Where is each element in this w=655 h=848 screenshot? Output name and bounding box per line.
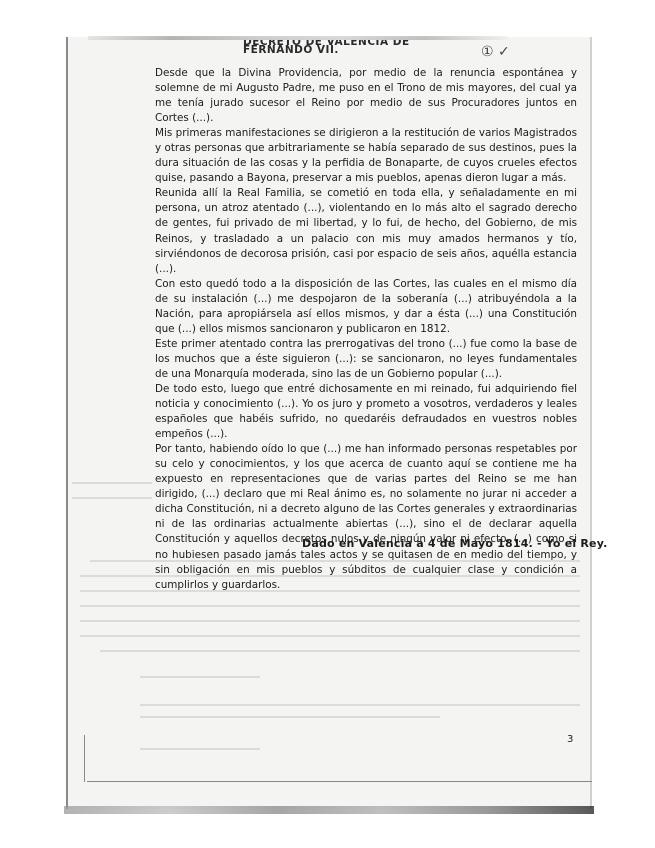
paragraph: Mis primeras manifestaciones se dirigier… <box>155 126 577 186</box>
page-number: 3 <box>567 734 573 745</box>
paragraph: Este primer atentado contra las prerroga… <box>155 337 577 382</box>
paragraph: Reunida allí la Real Familia, se cometió… <box>155 186 577 276</box>
scan-border-left <box>84 735 85 782</box>
paragraph: Por tanto, habiendo oído lo que (...) me… <box>155 442 577 592</box>
paragraph: De todo esto, luego que entré dichosamen… <box>155 382 577 442</box>
signature-line: Dado en Valencia a 4 de Mayo 1814. - Yo … <box>302 537 607 550</box>
scan-edge-shadow <box>64 806 594 814</box>
decree-body: Desde que la Divina Providencia, por med… <box>155 66 577 593</box>
paragraph: Desde que la Divina Providencia, por med… <box>155 66 577 126</box>
scan-border-bottom <box>87 781 592 782</box>
handwritten-check-mark: ① ✓ <box>481 44 510 60</box>
document-title: DECRETO DE VALENCIA DE FERNANDO VII. <box>243 40 483 54</box>
paragraph: Con esto quedó todo a la disposición de … <box>155 277 577 337</box>
